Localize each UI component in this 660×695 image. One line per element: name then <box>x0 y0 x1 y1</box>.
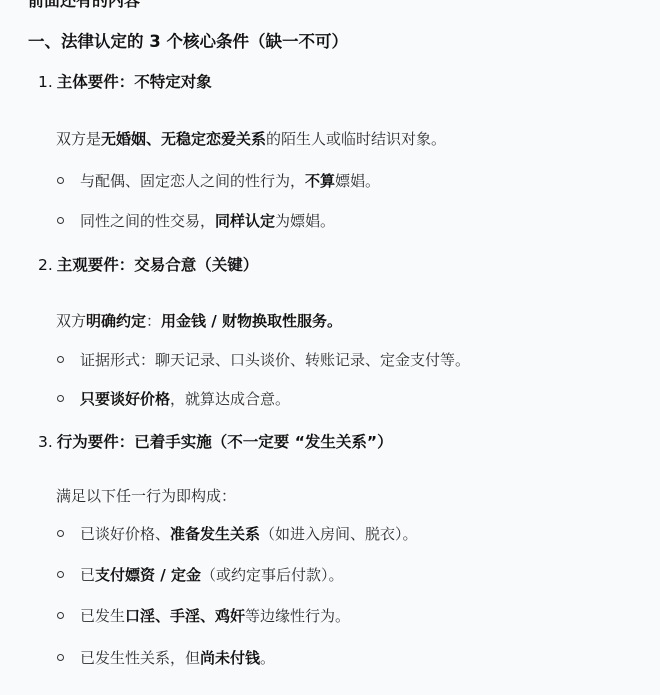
condition-2-heading: 2.主观要件：交易合意（关键） <box>38 253 258 275</box>
list-item: 已支付嫖资 / 定金（或约定事后付款）。 <box>56 564 343 585</box>
hollow-bullet-icon <box>57 177 64 184</box>
condition-3-heading: 3.行为要件：已着手实施（不一定要 “发生关系”） <box>38 430 393 452</box>
bold-text: 只要谈好价格 <box>80 390 170 408</box>
condition-3-number: 3. <box>38 433 53 451</box>
bold-text: 尚未付钱 <box>200 649 260 667</box>
list-item: 证据形式：聊天记录、口头谈价、转账记录、定金支付等。 <box>56 349 470 370</box>
text: 已发生性关系，但 <box>80 649 200 667</box>
list-item: 已谈好价格、准备发生关系（如进入房间、脱衣）。 <box>56 523 418 544</box>
clipped-previous-heading: 前面还有的内容 <box>28 0 140 11</box>
section-heading: 一、法律认定的 3 个核心条件（缺一不可） <box>28 28 348 52</box>
text: ，就算达成合意。 <box>170 390 290 408</box>
condition-2-number: 2. <box>38 256 53 274</box>
text: 嫖娼。 <box>335 172 380 190</box>
text: 已谈好价格、 <box>80 525 170 543</box>
text: 已发生 <box>80 607 125 625</box>
text: 与配偶、固定恋人之间的性行为， <box>80 172 305 190</box>
text: 等边缘性行为。 <box>245 607 350 625</box>
bold-text: 支付嫖资 / 定金 <box>95 566 201 584</box>
list-item: 与配偶、固定恋人之间的性行为，不算嫖娼。 <box>56 170 380 191</box>
text: 证据形式：聊天记录、口头谈价、转账记录、定金支付等。 <box>80 351 470 369</box>
text: 的陌生人或临时结识对象。 <box>266 130 446 148</box>
bold-text: 口淫、手淫、鸡奸 <box>125 607 245 625</box>
text: 满足以下任一行为即构成： <box>56 487 236 505</box>
condition-2-paragraph: 双方明确约定：用金钱 / 财物换取性服务。 <box>56 310 342 331</box>
condition-1-title: 主体要件：不特定对象 <box>57 73 212 91</box>
text: 双方是 <box>56 130 101 148</box>
text: 。 <box>260 649 275 667</box>
bold-text: 准备发生关系 <box>170 525 260 543</box>
list-item: 已发生口淫、手淫、鸡奸等边缘性行为。 <box>56 605 350 626</box>
hollow-bullet-icon <box>57 654 64 661</box>
list-item: 同性之间的性交易，同样认定为嫖娼。 <box>56 210 335 231</box>
condition-1-number: 1. <box>38 73 53 91</box>
bold-text: 无婚姻、无稳定恋爱关系 <box>101 130 266 148</box>
text: （或约定事后付款）。 <box>201 566 344 584</box>
condition-3-paragraph: 满足以下任一行为即构成： <box>56 485 236 506</box>
text: 为嫖娼。 <box>275 212 335 230</box>
bold-text: 同样认定 <box>215 212 275 230</box>
hollow-bullet-icon <box>57 356 64 363</box>
text: 双方 <box>56 312 86 330</box>
hollow-bullet-icon <box>57 571 64 578</box>
text: ： <box>146 312 161 330</box>
bold-text: 用金钱 / 财物换取性服务。 <box>161 312 342 330</box>
hollow-bullet-icon <box>57 395 64 402</box>
hollow-bullet-icon <box>57 530 64 537</box>
hollow-bullet-icon <box>57 612 64 619</box>
list-item: 只要谈好价格，就算达成合意。 <box>56 388 290 409</box>
condition-2-title: 主观要件：交易合意（关键） <box>57 256 259 274</box>
text: 同性之间的性交易， <box>80 212 215 230</box>
condition-1-heading: 1.主体要件：不特定对象 <box>38 70 212 92</box>
text: 已 <box>80 566 95 584</box>
hollow-bullet-icon <box>57 217 64 224</box>
text: （如进入房间、脱衣）。 <box>260 525 418 543</box>
condition-3-title: 行为要件：已着手实施（不一定要 “发生关系”） <box>57 433 393 451</box>
bold-text: 不算 <box>305 172 335 190</box>
list-item: 已发生性关系，但尚未付钱。 <box>56 647 275 668</box>
condition-1-paragraph: 双方是无婚姻、无稳定恋爱关系的陌生人或临时结识对象。 <box>56 128 446 149</box>
bold-text: 明确约定 <box>86 312 146 330</box>
